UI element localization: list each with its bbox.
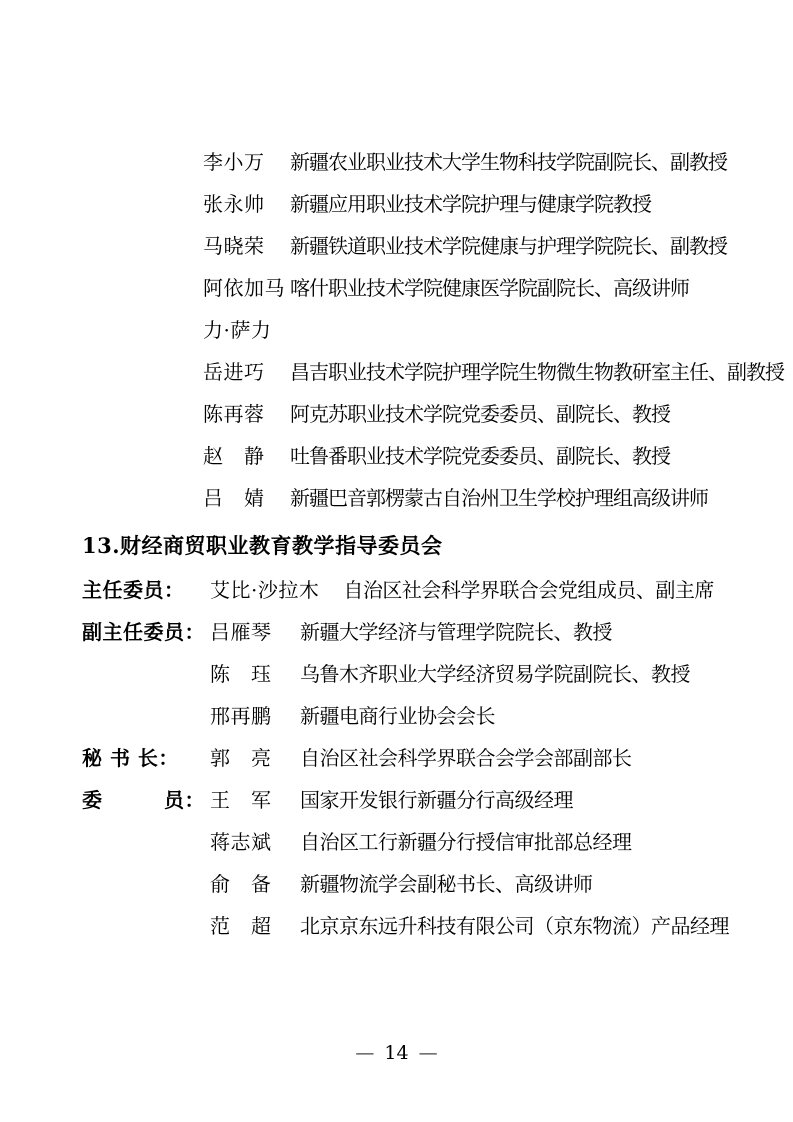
member-row: 赵 静吐鲁番职业技术学院党委委员、副院长、教授 [82,435,753,477]
member-name: 张永帅 [203,183,290,225]
member-title: 吐鲁番职业技术学院党委委员、副院长、教授 [290,435,670,477]
member-title: 新疆巴音郭楞蒙古自治州卫生学校护理组高级讲师 [290,477,708,519]
member-name: 赵 静 [203,435,290,477]
committee-member-title: 北京京东远升科技有限公司（京东物流）产品经理 [300,905,729,947]
committee-row: 委 员：王 军国家开发银行新疆分行高级经理 [82,779,753,821]
committee-row: 俞 备新疆物流学会副秘书长、高级讲师 [82,863,753,905]
committee-member-name: 王 军 [210,779,300,821]
role-label [82,863,210,905]
committee-member-title: 自治区工行新疆分行授信审批部总经理 [300,821,632,863]
committee-row: 主任委员：艾比·沙拉木自治区社会科学界联合会党组成员、副主席 [82,569,753,611]
section-heading: 13.财经商贸职业教育教学指导委员会 [82,525,753,567]
committee-member-name: 陈 珏 [210,653,300,695]
member-title: 新疆应用职业技术学院护理与健康学院教授 [290,183,651,225]
role-label [82,653,210,695]
member-row: 阿依加马喀什职业技术学院健康医学院副院长、高级讲师 [82,267,753,309]
page-number: 14 [384,1042,408,1064]
committee-member-title: 自治区社会科学界联合会学会部副部长 [300,737,632,779]
member-row: 张永帅新疆应用职业技术学院护理与健康学院教授 [82,183,753,225]
committee-member-title: 新疆物流学会副秘书长、高级讲师 [300,863,593,905]
member-name: 马晓荣 [203,225,290,267]
role-label [82,821,210,863]
committee-member-title: 新疆大学经济与管理学院院长、教授 [300,611,612,653]
member-row: 吕 婧新疆巴音郭楞蒙古自治州卫生学校护理组高级讲师 [82,477,753,519]
member-name: 阿依加马 [203,267,290,309]
committee-member-name: 吕雁琴 [210,611,300,653]
member-row: 岳进巧昌吉职业技术学院护理学院生物微生物教研室主任、副教授 [82,351,753,393]
committee-member-title: 乌鲁木齐职业大学经济贸易学院副院长、教授 [300,653,690,695]
committee-row: 秘 书 长：郭 亮自治区社会科学界联合会学会部副部长 [82,737,753,779]
role-label [82,695,210,737]
role-label: 委 员： [82,779,210,821]
committee-member-title: 国家开发银行新疆分行高级经理 [300,779,573,821]
committee-row: 范 超北京京东远升科技有限公司（京东物流）产品经理 [82,905,753,947]
committee-member-name: 郭 亮 [210,737,300,779]
committee-member-name: 蒋志斌 [210,821,300,863]
member-title: 阿克苏职业技术学院党委委员、副院长、教授 [290,393,670,435]
committee-member-name: 俞 备 [210,863,300,905]
member-row: 马晓荣新疆铁道职业技术学院健康与护理学院院长、副教授 [82,225,753,267]
member-name: 李小万 [203,141,290,183]
committee-member-title: 新疆电商行业协会会长 [300,695,495,737]
page-footer: —14— [0,1032,793,1074]
member-row: 李小万新疆农业职业技术大学生物科技学院副院长、副教授 [82,141,753,183]
committee-member-title: 自治区社会科学界联合会党组成员、副主席 [343,569,714,611]
member-name: 力·萨力 [203,309,290,351]
member-row: 陈再蓉阿克苏职业技术学院党委委员、副院长、教授 [82,393,753,435]
committee-member-name: 艾比·沙拉木 [210,569,343,611]
document-page: 李小万新疆农业职业技术大学生物科技学院副院长、副教授张永帅新疆应用职业技术学院护… [0,0,793,1122]
committee-row: 邢再鹏新疆电商行业协会会长 [82,695,753,737]
member-title: 新疆农业职业技术大学生物科技学院副院长、副教授 [290,141,727,183]
member-row: 力·萨力 [82,309,753,351]
committee-list: 主任委员：艾比·沙拉木自治区社会科学界联合会党组成员、副主席副主任委员：吕雁琴新… [82,569,753,947]
role-label [82,905,210,947]
member-name: 岳进巧 [203,351,290,393]
member-name: 吕 婧 [203,477,290,519]
member-name: 陈再蓉 [203,393,290,435]
committee-member-name: 范 超 [210,905,300,947]
footer-dash-right: — [419,1042,438,1064]
members-continued-list: 李小万新疆农业职业技术大学生物科技学院副院长、副教授张永帅新疆应用职业技术学院护… [82,141,753,519]
member-title: 昌吉职业技术学院护理学院生物微生物教研室主任、副教授 [290,351,784,393]
member-title: 喀什职业技术学院健康医学院副院长、高级讲师 [290,267,689,309]
role-label: 秘 书 长： [82,737,210,779]
role-label: 主任委员： [82,569,210,611]
footer-dash-left: — [355,1042,374,1064]
committee-row: 陈 珏乌鲁木齐职业大学经济贸易学院副院长、教授 [82,653,753,695]
role-label: 副主任委员： [82,611,210,653]
committee-row: 蒋志斌自治区工行新疆分行授信审批部总经理 [82,821,753,863]
member-title: 新疆铁道职业技术学院健康与护理学院院长、副教授 [290,225,727,267]
committee-member-name: 邢再鹏 [210,695,300,737]
committee-row: 副主任委员：吕雁琴新疆大学经济与管理学院院长、教授 [82,611,753,653]
